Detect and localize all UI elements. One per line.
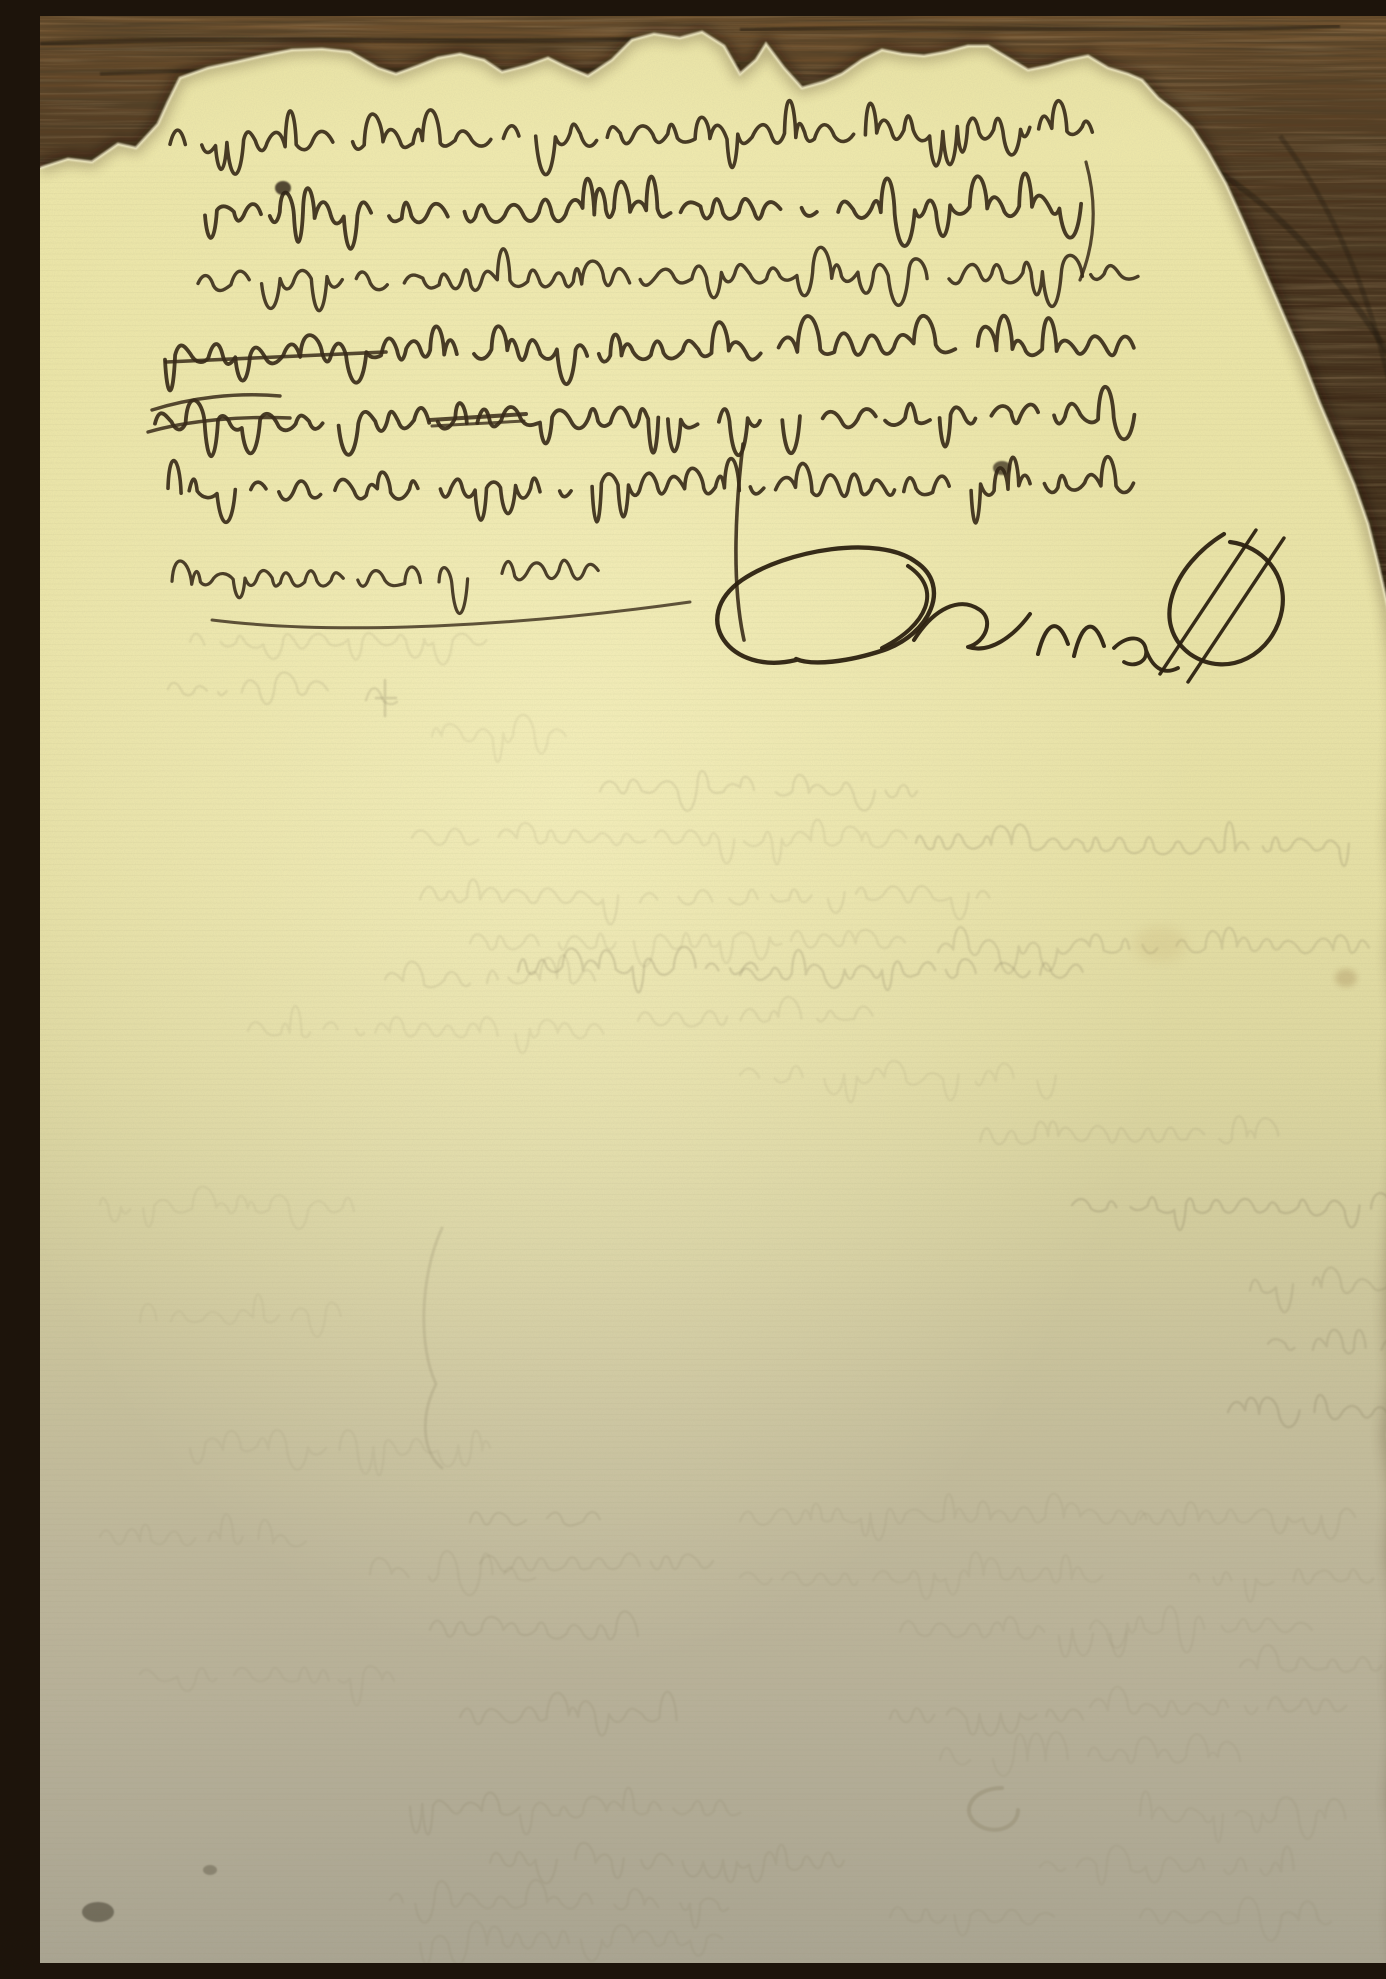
stain-mark [275, 181, 291, 195]
stain-mark [993, 461, 1011, 475]
stain-mark [203, 1865, 217, 1875]
paper-sheet [40, 16, 1386, 1963]
stain-mark [82, 1902, 114, 1922]
stain-mark [1335, 969, 1357, 987]
manuscript-photo: Photograph of an aged hand-written manus… [40, 16, 1386, 1963]
stain-mark [1134, 926, 1186, 962]
manuscript-photo-canvas [40, 16, 1386, 1963]
